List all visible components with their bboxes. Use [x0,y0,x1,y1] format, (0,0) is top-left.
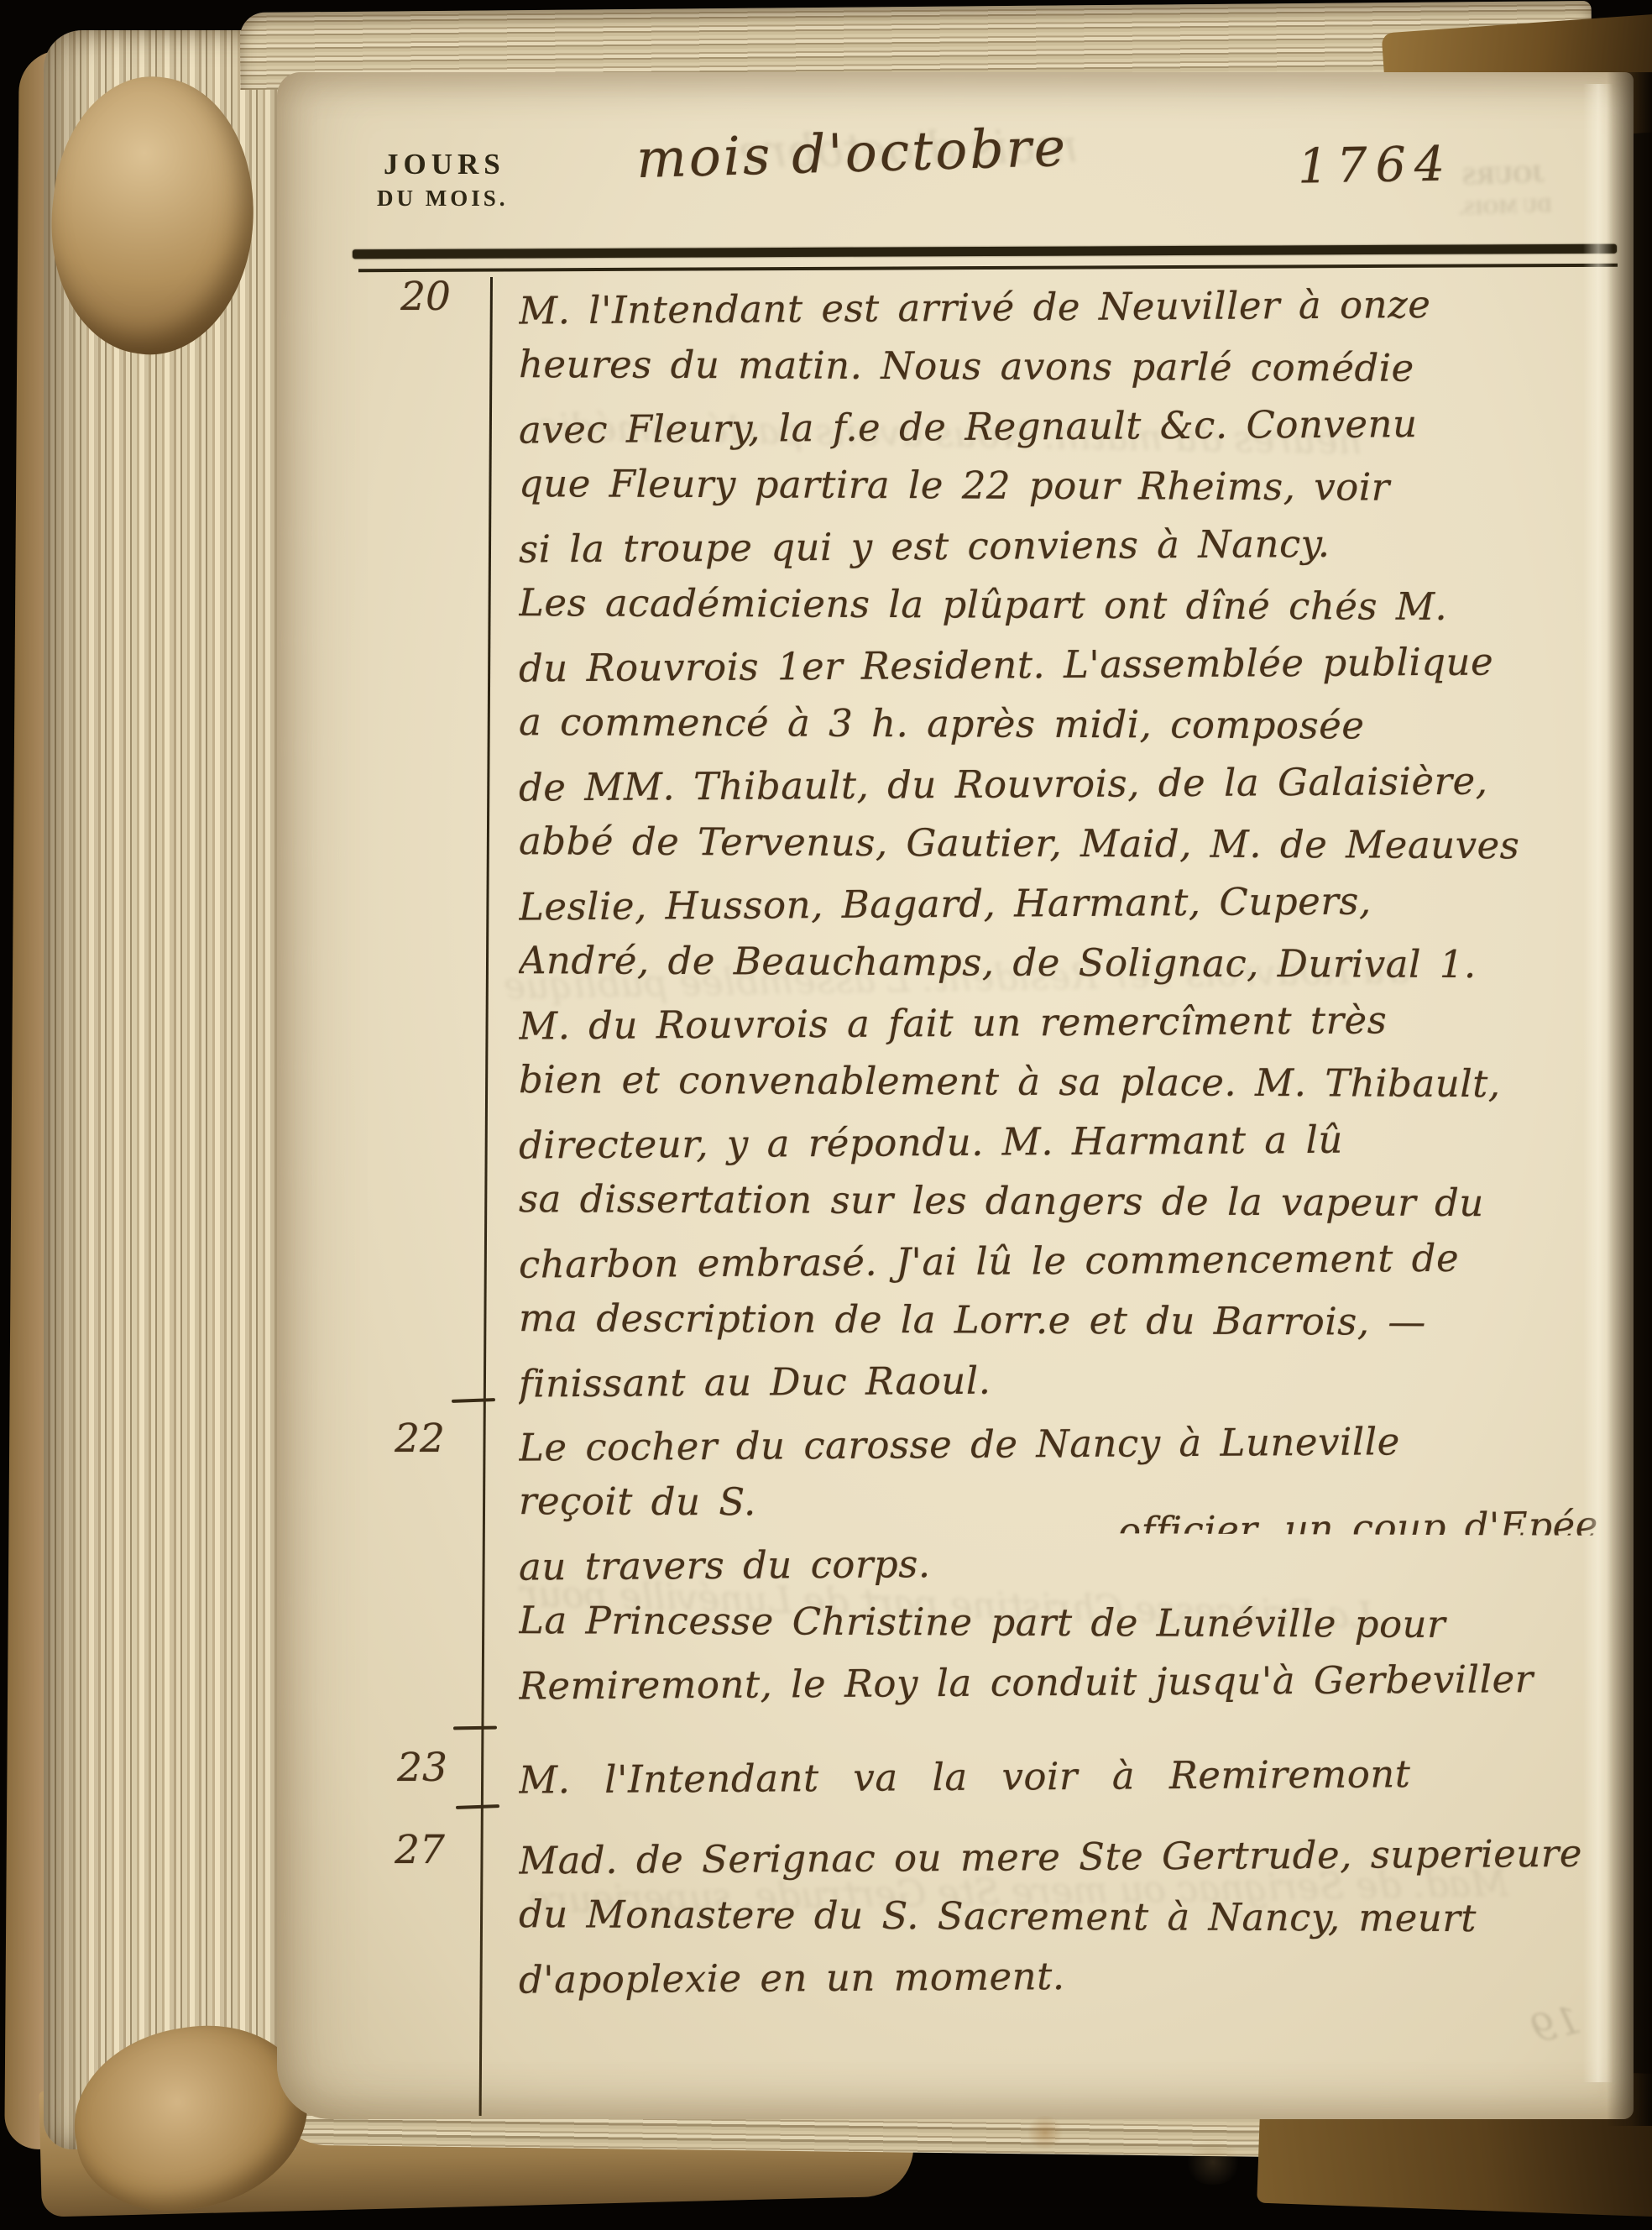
journal-line: Remiremont, le Roy la conduit jusqu'à Ge… [519,1648,1620,1715]
journal-line: finissant au Duc Raoul. [519,1346,1620,1413]
printed-days-label-line2: DU MOIS. [377,186,509,212]
journal-line: Leslie, Husson, Bagard, Harmant, Cupers, [519,869,1620,936]
journal-line: Les académiciens la plûpart ont dîné ché… [519,573,1620,637]
journal-line: La Princesse Christine part de Lunéville… [519,1590,1620,1655]
journal-line: d'apoplexie en un moment. [519,1942,1620,2009]
year-label: 1764 [1297,136,1453,194]
journal-line: du Rouvrois 1er Resident. L'assemblée pu… [519,631,1620,698]
journal-line: M. l'Intendant va la voir à Remiremont [519,1742,1620,1809]
journal-line-segment: reçoit du S. [519,1471,756,1531]
journal-line: bien et convenablement à sa place. M. Th… [519,1050,1620,1114]
manuscript-journal-photo: JOURS DU MOIS. mois d'octobre heures du … [0,0,1652,2230]
day-number: 20 [388,274,463,320]
journal-entry-20: M. l'Intendant est arrivé de Neuviller à… [519,277,1620,1410]
journal-line: sa dissertation sur les dangers de la va… [519,1169,1620,1233]
journal-line: si la troupe qui y est conviens à Nancy. [519,511,1620,578]
journal-line: au travers du corps. [519,1529,1620,1596]
journal-line: reçoit du S. officier, un coup d'Epée [519,1471,1620,1536]
journal-line: charbon embrasé. J'ai lû le commencement… [519,1227,1620,1294]
journal-entry-27: Mad. de Serignac ou mere Ste Gertrude, s… [519,1827,1620,2006]
journal-line: que Fleury partira le 22 pour Rheims, vo… [519,453,1620,518]
journal-line: heures du matin. Nous avons parlé comédi… [519,334,1620,399]
journal-line: de MM. Thibault, du Rouvrois, de la Gala… [519,750,1620,817]
gutter-shadow [1607,72,1652,2126]
journal-line: a commencé à 3 h. après midi, composée [519,692,1620,756]
journal-line: avec Fleury, la f.e de Regnault &c. Conv… [519,392,1620,459]
journal-entry-23: M. l'Intendant va la voir à Remiremont [519,1746,1620,1806]
journal-line: Mad. de Serignac ou mere Ste Gertrude, s… [519,1823,1620,1890]
day-number: 27 [382,1827,457,1873]
journal-line: M. du Rouvrois a fait un remercîment trè… [519,988,1620,1055]
journal-line: M. l'Intendant est arrivé de Neuviller à… [519,273,1620,340]
month-title: mois d'octobre [635,117,1069,190]
journal-line: du Monastere du S. Sacrement à Nancy, me… [519,1884,1620,1949]
journal-line: abbé de Tervenus, Gautier, Maid, M. de M… [519,811,1620,876]
journal-line: ma description de la Lorr.e et du Barroi… [519,1288,1620,1353]
printed-days-label-line1: JOURS [384,148,505,181]
journal-line: directeur, y a répondu. M. Harmant a lû [519,1107,1620,1175]
journal-line: Le cocher du carosse de Nancy à Lunevill… [519,1410,1620,1477]
journal-entry-22: Le cocher du carosse de Nancy à Lunevill… [519,1414,1620,1712]
journal-line: André, de Beauchamps, de Solignac, Duriv… [519,930,1620,995]
day-number: 22 [382,1416,457,1462]
day-number: 23 [384,1745,460,1791]
